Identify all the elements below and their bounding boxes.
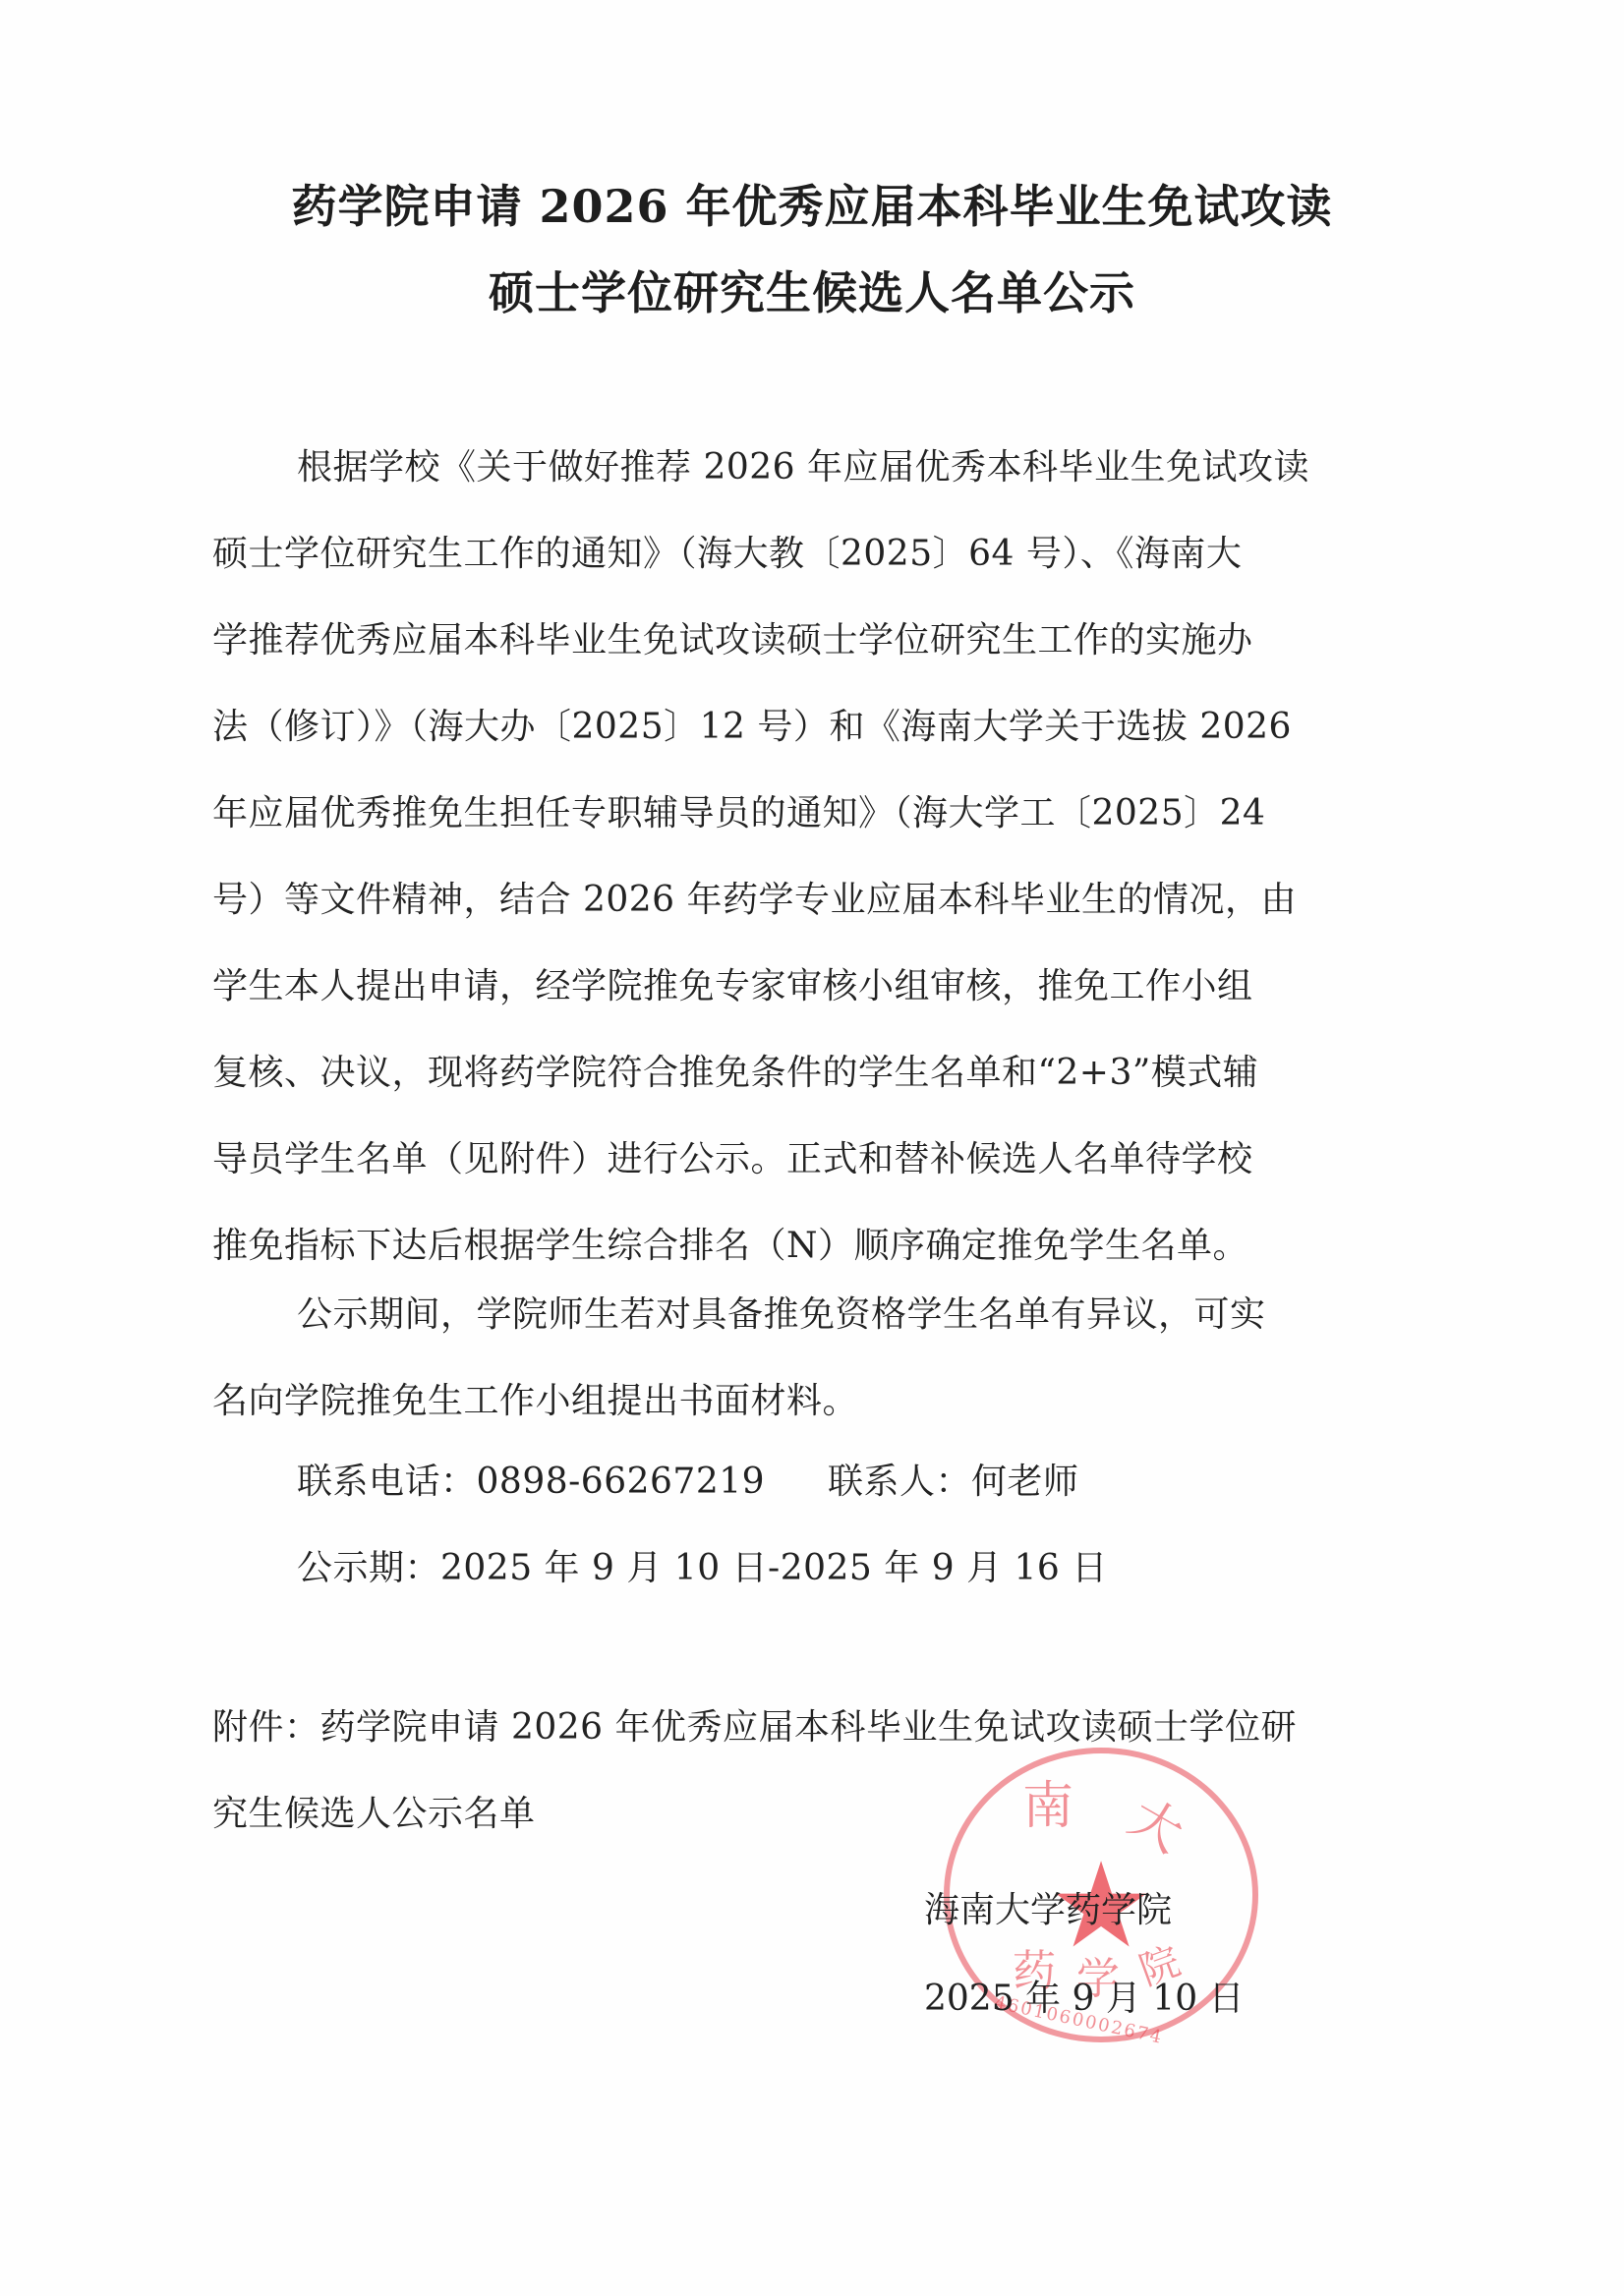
document-title-line-2: 硕士学位研究生候选人名单公示	[0, 263, 1624, 322]
attachment-line: 附件：药学院申请 2026 年优秀应届本科毕业生免试攻读硕士学位研	[212, 1704, 1412, 1751]
objection-line: 名向学院推免生工作小组提出书面材料。	[212, 1378, 1412, 1425]
body-line: 复核、决议，现将药学院符合推免条件的学生名单和“2+3”模式辅	[212, 1050, 1412, 1097]
document-title-line-1: 药学院申请 2026 年优秀应届本科毕业生免试攻读	[0, 177, 1624, 236]
document-page: 药学院申请 2026 年优秀应届本科毕业生免试攻读 硕士学位研究生候选人名单公示…	[0, 0, 1624, 2296]
publicity-period: 公示期：2025 年 9 月 10 日-2025 年 9 月 16 日	[297, 1545, 1496, 1592]
objection-line: 公示期间，学院师生若对具备推免资格学生名单有异议，可实	[297, 1291, 1496, 1339]
body-line: 导员学生名单（见附件）进行公示。正式和替补候选人名单待学校	[212, 1136, 1412, 1183]
body-line: 号）等文件精神，结合 2026 年药学专业应届本科毕业生的情况，由	[212, 877, 1412, 924]
contact-line: 联系电话：0898-66267219联系人：何老师	[297, 1459, 1496, 1506]
seal-char: 南	[1022, 1781, 1073, 1832]
body-line: 学生本人提出申请，经学院推免专家审核小组审核，推免工作小组	[212, 963, 1412, 1010]
contact-person-label: 联系人：	[828, 1462, 971, 1502]
body-line: 法（修订）》（海大办〔2025〕12 号）和《海南大学关于选拔 2026	[212, 704, 1412, 751]
contact-person: 何老师	[971, 1462, 1079, 1502]
phone-label: 联系电话：	[297, 1462, 477, 1502]
signature-org: 海南大学药学院	[924, 1887, 1172, 1934]
body-line: 硕士学位研究生工作的通知》（海大教〔2025〕64 号）、《海南大	[212, 531, 1412, 578]
body-line: 学推荐优秀应届本科毕业生免试攻读硕士学位研究生工作的实施办	[212, 617, 1412, 664]
signature-date: 2025 年 9 月 10 日	[924, 1976, 1245, 2023]
body-line: 推免指标下达后根据学生综合排名（N）顺序确定推免学生名单。	[212, 1223, 1412, 1270]
phone-number: 0898-66267219	[477, 1462, 766, 1502]
body-line: 年应届优秀推免生担任专职辅导员的通知》（海大学工〔2025〕24	[212, 790, 1412, 837]
body-line: 根据学校《关于做好推荐 2026 年应届优秀本科毕业生免试攻读	[297, 444, 1496, 491]
